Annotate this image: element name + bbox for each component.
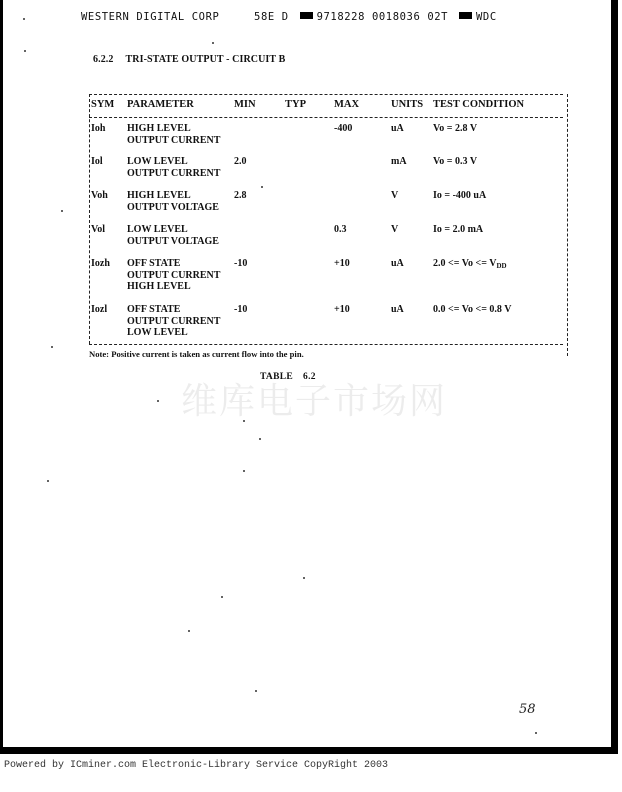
scan-speck	[535, 732, 537, 734]
scan-code-2: 9718228 0018036 02T	[317, 11, 449, 23]
condition-text: Io = -400 uA	[433, 190, 486, 201]
scan-speck	[259, 438, 261, 440]
scan-speck	[255, 690, 257, 692]
section-title: 6.2.2TRI-STATE OUTPUT - CIRCUIT B	[93, 54, 285, 65]
scan-speck	[51, 346, 53, 348]
scan-speck	[212, 42, 214, 44]
cell-max: -400	[334, 123, 352, 135]
page-number: 58	[519, 702, 536, 717]
cell-test-condition: Vo = 2.8 V	[433, 123, 477, 135]
cell-test-condition: Vo = 0.3 V	[433, 156, 477, 168]
scan-speck	[221, 596, 223, 598]
cell-min: -10	[234, 258, 247, 270]
cell-max: +10	[334, 304, 350, 316]
cell-units: mA	[391, 156, 407, 168]
scan-speck	[61, 210, 63, 212]
company-name: WESTERN DIGITAL CORP	[81, 11, 219, 23]
scan-speck	[303, 577, 305, 579]
cell-sym: Iozl	[91, 304, 107, 316]
column-header-typ: TYP	[285, 99, 306, 111]
section-heading: TRI-STATE OUTPUT - CIRCUIT B	[126, 54, 286, 65]
scan-speck	[23, 18, 25, 20]
table-right-border	[567, 94, 568, 356]
cell-parameter: LOW LEVELOUTPUT VOLTAGE	[127, 224, 219, 247]
parameter-line: HIGH LEVEL	[127, 281, 220, 293]
cell-max: 0.3	[334, 224, 347, 236]
cell-sym: Ioh	[91, 123, 105, 135]
parameter-line: OUTPUT CURRENT	[127, 316, 220, 328]
section-number: 6.2.2	[93, 54, 114, 65]
cell-sym: Iozh	[91, 258, 110, 270]
condition-text: Io = 2.0 mA	[433, 224, 483, 235]
condition-text: 2.0 <= Vo <= V	[433, 258, 496, 269]
parameter-line: HIGH LEVEL	[127, 123, 220, 135]
scan-speck	[188, 630, 190, 632]
parameter-line: LOW LEVEL	[127, 224, 219, 236]
cell-units: uA	[391, 123, 404, 135]
condition-text: 0.0 <= Vo <= 0.8 V	[433, 304, 511, 315]
cell-max: +10	[334, 258, 350, 270]
condition-text: Vo = 2.8 V	[433, 123, 477, 134]
redaction-block-icon	[459, 12, 472, 19]
column-header-min: MIN	[234, 99, 256, 111]
scan-speck	[261, 186, 263, 188]
cell-parameter: OFF STATEOUTPUT CURRENTHIGH LEVEL	[127, 258, 220, 293]
scan-speck	[243, 420, 245, 422]
column-header-sym: SYM	[91, 99, 114, 111]
caption-number: 6.2	[303, 372, 316, 382]
parameter-line: HIGH LEVEL	[127, 190, 219, 202]
condition-subscript: DD	[496, 262, 506, 270]
caption-label: TABLE	[260, 372, 293, 382]
cell-parameter: OFF STATEOUTPUT CURRENTLOW LEVEL	[127, 304, 220, 339]
cell-min: -10	[234, 304, 247, 316]
parameter-line: OUTPUT VOLTAGE	[127, 236, 219, 248]
scanned-page: 维库电子市场网 WESTERN DIGITAL CORP 58E D 97182…	[0, 0, 618, 754]
parameter-line: OUTPUT CURRENT	[127, 135, 220, 147]
scan-code-3: WDC	[476, 11, 497, 23]
cell-sym: Voh	[91, 190, 108, 202]
cell-test-condition: Io = 2.0 mA	[433, 224, 483, 236]
redaction-block-icon	[300, 12, 313, 19]
condition-text: Vo = 0.3 V	[433, 156, 477, 167]
table-top-rule	[89, 94, 563, 95]
cell-test-condition: 2.0 <= Vo <= VDD	[433, 258, 507, 273]
scan-speck	[47, 480, 49, 482]
cell-min: 2.8	[234, 190, 247, 202]
cell-parameter: HIGH LEVELOUTPUT CURRENT	[127, 123, 220, 146]
table-note: Note: Positive current is taken as curre…	[89, 349, 304, 359]
column-header-max: MAX	[334, 99, 359, 111]
parameter-line: OFF STATE	[127, 304, 220, 316]
cell-units: uA	[391, 258, 404, 270]
cell-parameter: LOW LEVELOUTPUT CURRENT	[127, 156, 220, 179]
scan-header: WESTERN DIGITAL CORP 58E D 9718228 00180…	[81, 11, 497, 23]
scan-speck	[243, 470, 245, 472]
cell-sym: Vol	[91, 224, 105, 236]
scan-speck	[157, 400, 159, 402]
cell-min: 2.0	[234, 156, 247, 168]
table-bottom-rule	[89, 344, 563, 345]
table-header-rule	[89, 117, 563, 118]
column-header-units: UNITS	[391, 99, 423, 111]
parameter-line: OUTPUT CURRENT	[127, 270, 220, 282]
table-caption: TABLE6.2	[260, 372, 316, 382]
cell-test-condition: 0.0 <= Vo <= 0.8 V	[433, 304, 511, 316]
cell-units: V	[391, 224, 398, 236]
parameter-line: OFF STATE	[127, 258, 220, 270]
scan-speck	[24, 50, 26, 52]
parameter-line: OUTPUT CURRENT	[127, 168, 220, 180]
column-header-test-condition: TEST CONDITION	[433, 99, 524, 111]
parameter-line: OUTPUT VOLTAGE	[127, 202, 219, 214]
footer-credit: Powered by ICminer.com Electronic-Librar…	[4, 760, 388, 771]
cell-sym: Iol	[91, 156, 103, 168]
cell-units: uA	[391, 304, 404, 316]
cell-test-condition: Io = -400 uA	[433, 190, 486, 202]
scan-code-1: 58E D	[254, 11, 289, 23]
cell-units: V	[391, 190, 398, 202]
column-header-parameter: PARAMETER	[127, 99, 194, 111]
table-left-border	[89, 94, 90, 344]
parameter-line: LOW LEVEL	[127, 156, 220, 168]
parameter-line: LOW LEVEL	[127, 327, 220, 339]
cell-parameter: HIGH LEVELOUTPUT VOLTAGE	[127, 190, 219, 213]
